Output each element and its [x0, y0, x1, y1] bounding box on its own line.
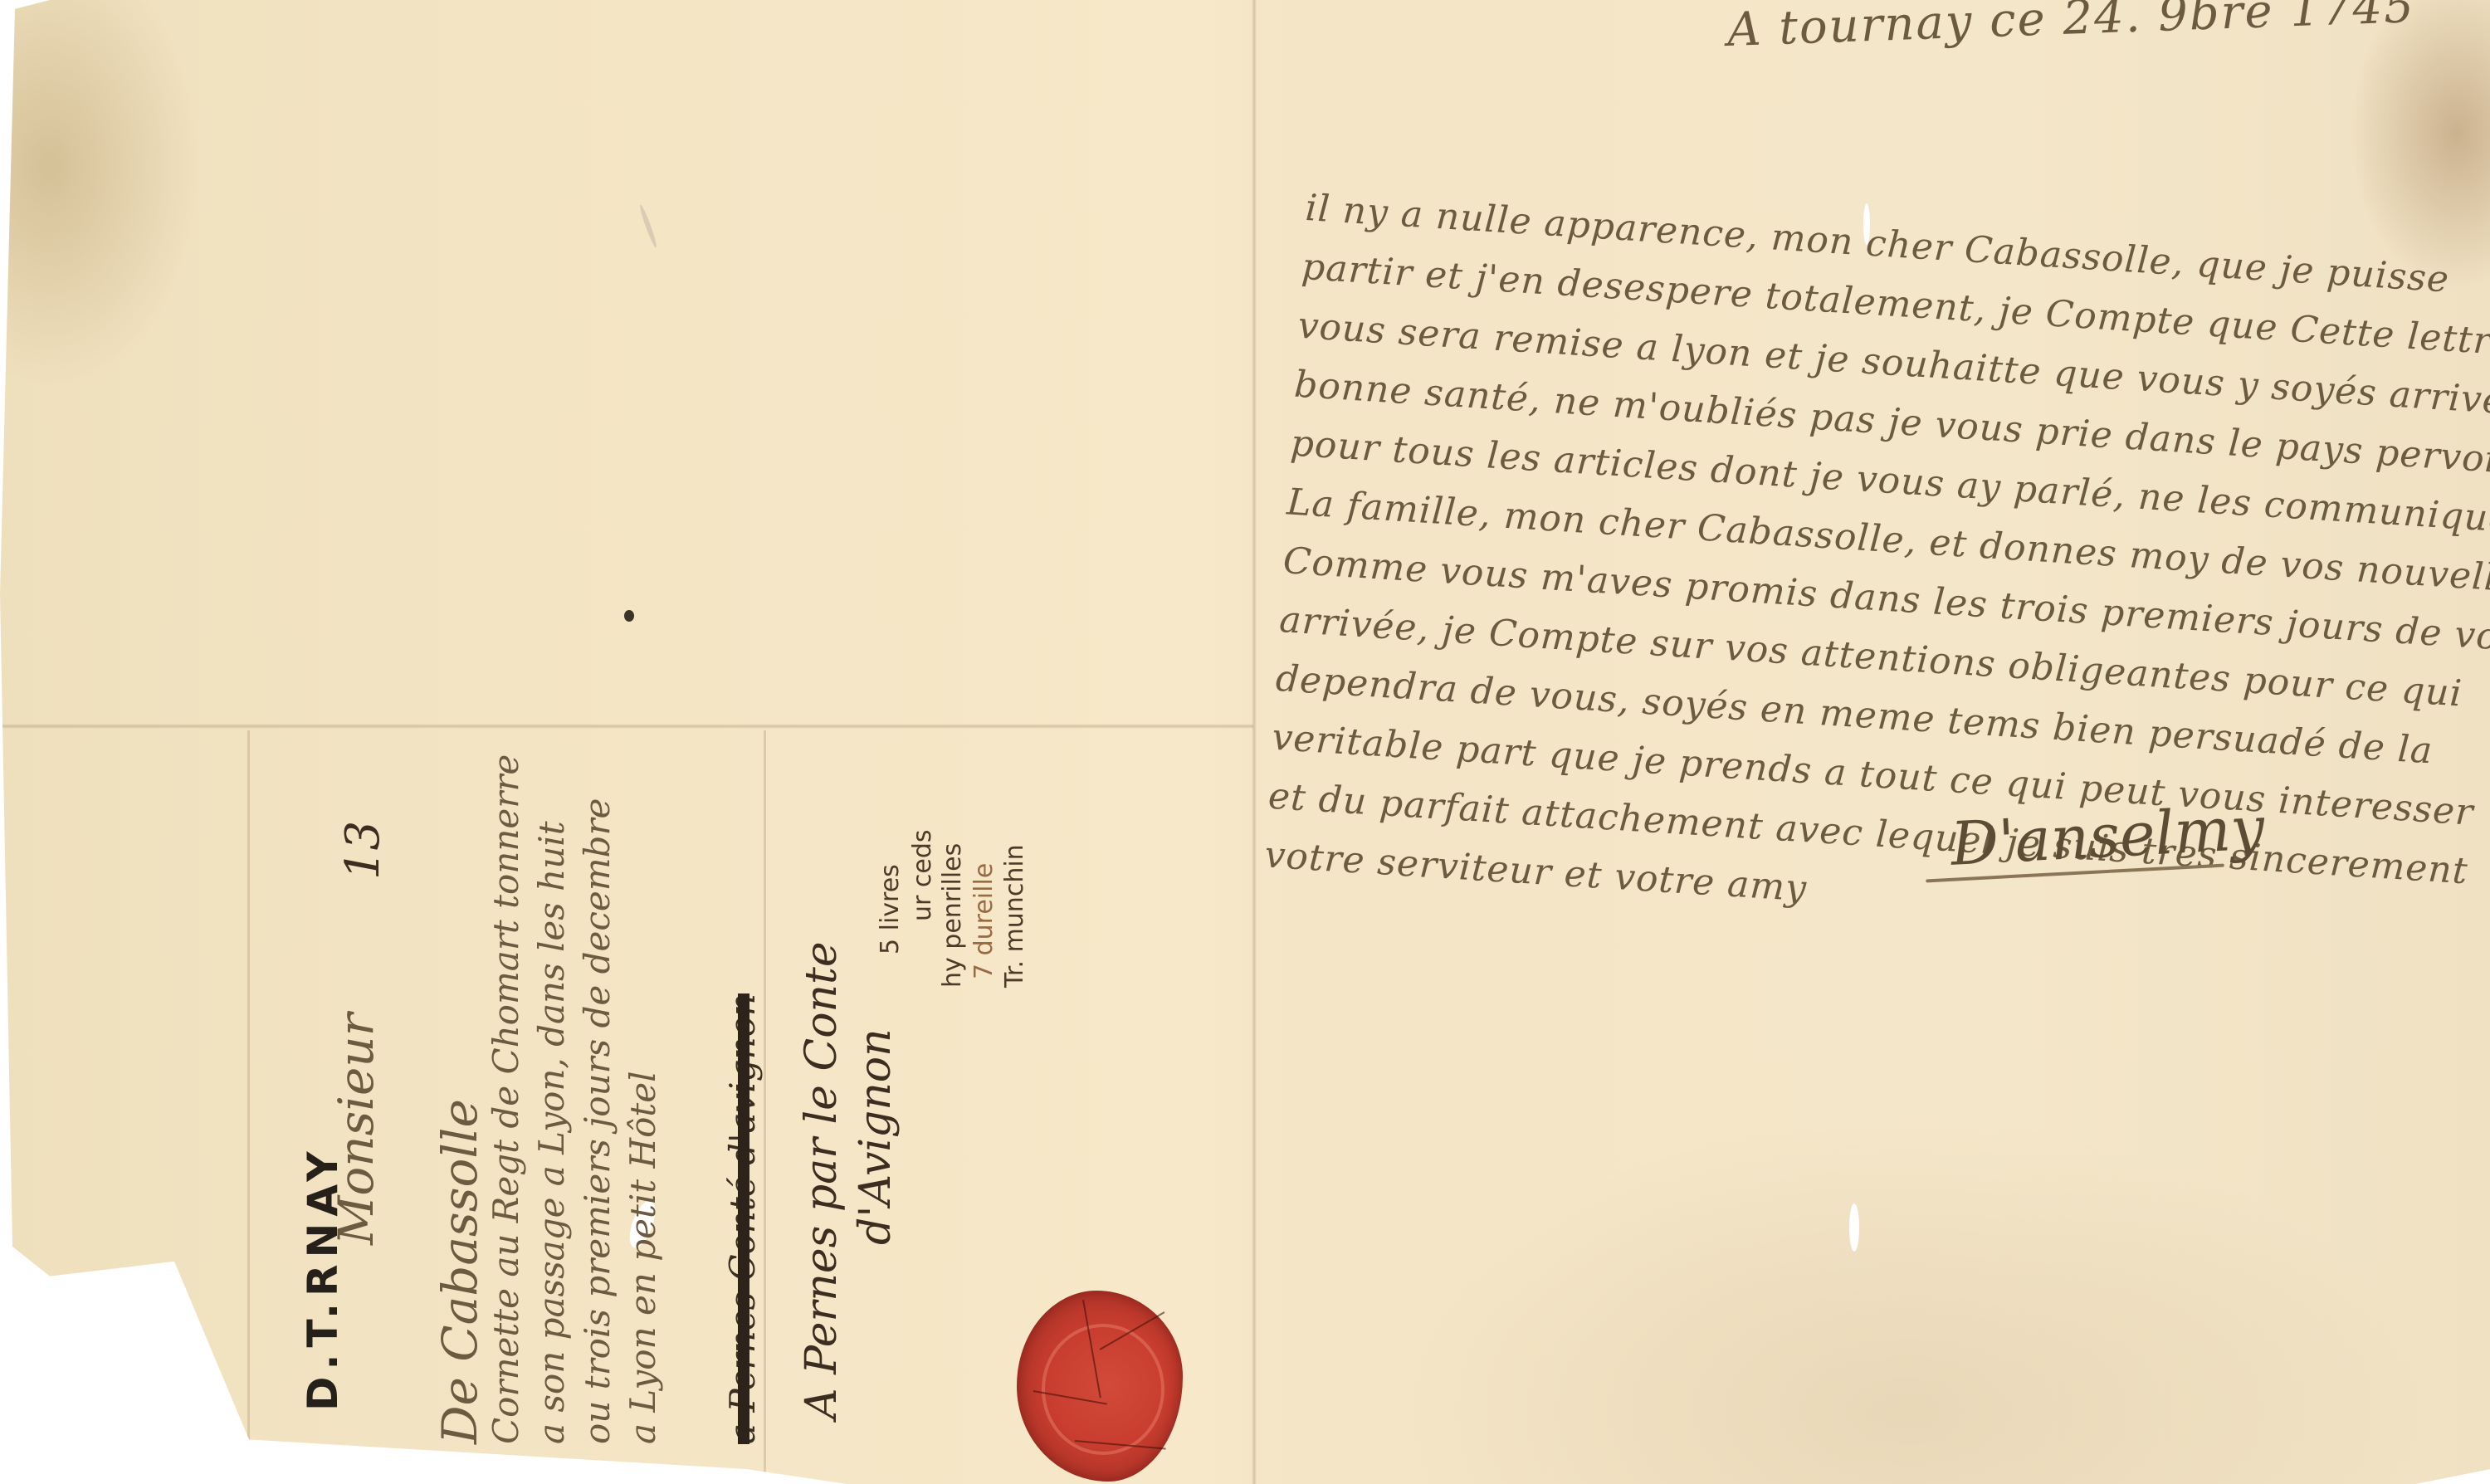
address-name: De Cabassolle — [432, 1099, 488, 1444]
address-line: Cornette au Regt de Chomart tonnerre — [486, 754, 526, 1444]
forwarding-address: A Pernes par le Conte — [797, 941, 847, 1419]
letter-body: il ny a nulle apparence, mon cher Cabass… — [1263, 178, 2468, 957]
postal-note: hy penrilles — [938, 843, 967, 988]
address-panel-edge-right — [764, 730, 766, 1477]
wax-seal — [1017, 1291, 1183, 1482]
postal-note: ur ceds — [908, 829, 937, 921]
letter-dateline: A tournay ce 24. 9bre 1745 — [1726, 0, 2416, 57]
address-panel-edge-left — [247, 730, 250, 1477]
struck-address-line: a Pernes Conté d'avignon — [722, 993, 763, 1444]
address-salutation: Monsieur — [328, 1013, 384, 1245]
center-fold — [1252, 0, 1257, 1484]
address-line: a son passage a Lyon, dans les huit — [531, 821, 572, 1444]
postal-note: 5 livres — [876, 864, 905, 954]
horizontal-fold — [0, 724, 1253, 729]
address-number: 13 — [336, 821, 390, 880]
address-line: a Lyon en petit Hôtel — [622, 1071, 663, 1444]
ink-spot — [624, 610, 634, 622]
postal-note: Tr. munchin — [1000, 844, 1029, 988]
paper-slit — [638, 204, 658, 249]
forwarding-address: d'Avignon — [851, 1028, 901, 1245]
paper-hole — [1849, 1203, 1859, 1252]
address-line: ou trois premiers jours de decembre — [577, 798, 618, 1444]
letter-sheet: A tournay ce 24. 9bre 1745 il ny a nulle… — [0, 0, 2490, 1484]
seal-impression — [1042, 1324, 1164, 1455]
postal-note: 7 dureille — [969, 863, 998, 979]
